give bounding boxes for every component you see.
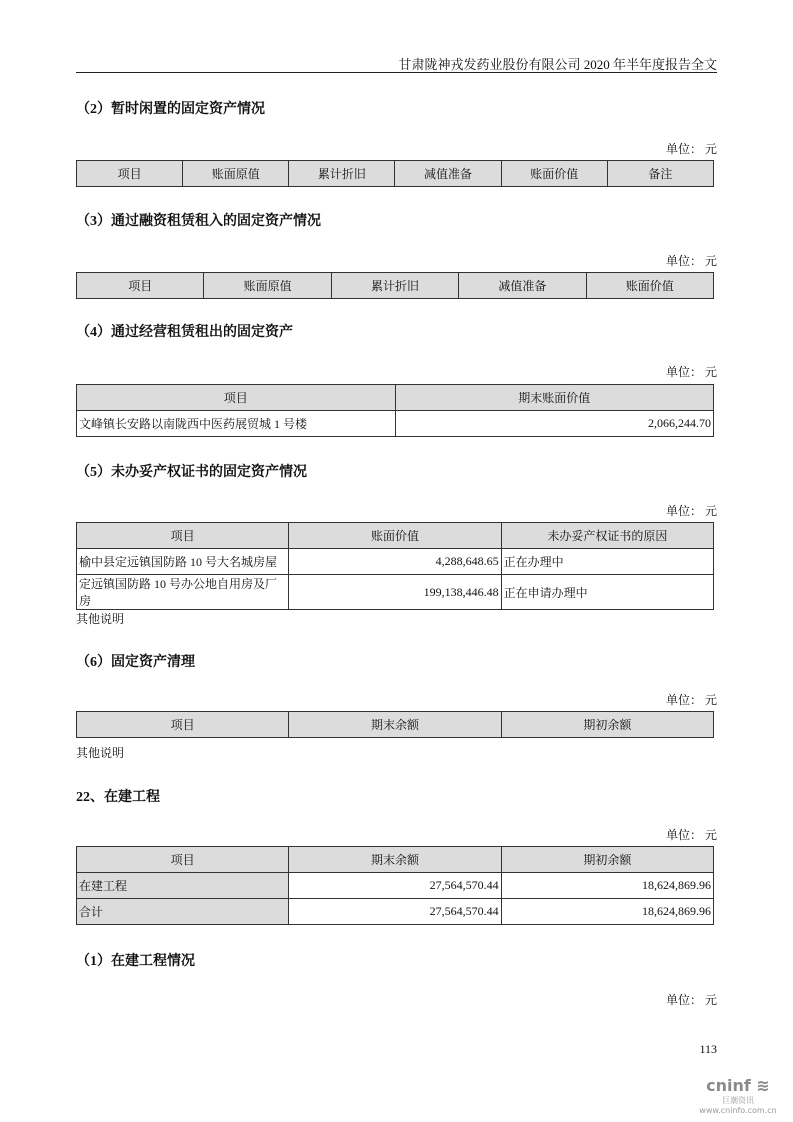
- page-number: 113: [699, 1042, 717, 1057]
- cell-item: 文峰镇长安路以南陇西中医药展贸城 1 号楼: [77, 411, 396, 437]
- col-header: 期末余额: [289, 712, 501, 738]
- col-header: 累计折旧: [331, 273, 458, 299]
- section-title-construction: 22、在建工程: [76, 786, 160, 806]
- section-title-disposal: （6）固定资产清理: [76, 651, 195, 671]
- section-title-operating-lease: （4）通过经营租赁租出的固定资产: [76, 321, 293, 341]
- table-row: 定远镇国防路 10 号办公地自用房及厂房 199,138,446.48 正在申请…: [77, 575, 714, 610]
- col-header: 备注: [607, 161, 713, 187]
- page-header: 甘肃陇神戎发药业股份有限公司 2020 年半年度报告全文: [76, 52, 717, 73]
- cell-value: 4,288,648.65: [289, 549, 501, 575]
- col-header: 期末账面价值: [395, 385, 714, 411]
- col-header: 项目: [77, 712, 289, 738]
- unit-label: 单位： 元: [666, 991, 717, 1008]
- col-header: 账面价值: [586, 273, 713, 299]
- watermark-url: www.cninfo.com.cn: [693, 1106, 783, 1115]
- cell-item: 定远镇国防路 10 号办公地自用房及厂房: [77, 575, 289, 610]
- table-row: 在建工程 27,564,570.44 18,624,869.96: [77, 873, 714, 899]
- table-row: 文峰镇长安路以南陇西中医药展贸城 1 号楼 2,066,244.70: [77, 411, 714, 437]
- other-note: 其他说明: [76, 744, 124, 761]
- section-title-finance-lease: （3）通过融资租赁租入的固定资产情况: [76, 210, 321, 230]
- cell-reason: 正在申请办理中: [501, 575, 713, 610]
- table-row: 合计 27,564,570.44 18,624,869.96: [77, 899, 714, 925]
- col-header: 账面原值: [183, 161, 289, 187]
- col-header: 项目: [77, 523, 289, 549]
- cell-value: 199,138,446.48: [289, 575, 501, 610]
- col-header: 项目: [77, 847, 289, 873]
- table-header-row: 项目 期末余额 期初余额: [77, 712, 714, 738]
- col-header: 减值准备: [395, 161, 501, 187]
- unit-label: 单位： 元: [666, 252, 717, 269]
- col-header: 期初余额: [501, 847, 713, 873]
- cell-value: 18,624,869.96: [501, 873, 713, 899]
- unit-label: 单位： 元: [666, 691, 717, 708]
- cell-item: 合计: [77, 899, 289, 925]
- cell-reason: 正在办理中: [501, 549, 713, 575]
- no-certificate-table: 项目 账面价值 未办妥产权证书的原因 榆中县定远镇国防路 10 号大名城房屋 4…: [76, 522, 714, 610]
- unit-label: 单位： 元: [666, 826, 717, 843]
- cninfo-logo-icon: cninf ≋: [693, 1076, 783, 1095]
- table-header-row: 项目 账面原值 累计折旧 减值准备 账面价值 备注: [77, 161, 714, 187]
- table-header-row: 项目 期末余额 期初余额: [77, 847, 714, 873]
- watermark-cn: 巨潮资讯: [693, 1095, 783, 1106]
- section-title-no-certificate: （5）未办妥产权证书的固定资产情况: [76, 461, 307, 481]
- col-header: 累计折旧: [289, 161, 395, 187]
- section-title-idle-assets: （2）暂时闲置的固定资产情况: [76, 98, 265, 118]
- cninfo-watermark: cninf ≋ 巨潮资讯 www.cninfo.com.cn: [693, 1076, 783, 1115]
- table-header-row: 项目 账面原值 累计折旧 减值准备 账面价值: [77, 273, 714, 299]
- construction-table: 项目 期末余额 期初余额 在建工程 27,564,570.44 18,624,8…: [76, 846, 714, 925]
- col-header: 项目: [77, 273, 204, 299]
- cell-item: 榆中县定远镇国防路 10 号大名城房屋: [77, 549, 289, 575]
- operating-lease-table: 项目 期末账面价值 文峰镇长安路以南陇西中医药展贸城 1 号楼 2,066,24…: [76, 384, 714, 437]
- cell-value: 18,624,869.96: [501, 899, 713, 925]
- col-header: 项目: [77, 385, 396, 411]
- unit-label: 单位： 元: [666, 140, 717, 157]
- cell-item: 在建工程: [77, 873, 289, 899]
- section-title-construction-detail: （1）在建工程情况: [76, 950, 195, 970]
- col-header: 账面原值: [204, 273, 331, 299]
- table-row: 榆中县定远镇国防路 10 号大名城房屋 4,288,648.65 正在办理中: [77, 549, 714, 575]
- cell-value: 27,564,570.44: [289, 899, 501, 925]
- cell-value: 2,066,244.70: [395, 411, 714, 437]
- col-header: 未办妥产权证书的原因: [501, 523, 713, 549]
- unit-label: 单位： 元: [666, 363, 717, 380]
- col-header: 期初余额: [501, 712, 713, 738]
- idle-assets-table: 项目 账面原值 累计折旧 减值准备 账面价值 备注: [76, 160, 714, 187]
- col-header: 减值准备: [459, 273, 586, 299]
- disposal-table: 项目 期末余额 期初余额: [76, 711, 714, 738]
- table-header-row: 项目 账面价值 未办妥产权证书的原因: [77, 523, 714, 549]
- unit-label: 单位： 元: [666, 502, 717, 519]
- col-header: 项目: [77, 161, 183, 187]
- finance-lease-table: 项目 账面原值 累计折旧 减值准备 账面价值: [76, 272, 714, 299]
- cell-value: 27,564,570.44: [289, 873, 501, 899]
- col-header: 账面价值: [289, 523, 501, 549]
- col-header: 账面价值: [501, 161, 607, 187]
- other-note: 其他说明: [76, 610, 124, 627]
- col-header: 期末余额: [289, 847, 501, 873]
- table-header-row: 项目 期末账面价值: [77, 385, 714, 411]
- header-title: 甘肃陇神戎发药业股份有限公司 2020 年半年度报告全文: [398, 54, 717, 73]
